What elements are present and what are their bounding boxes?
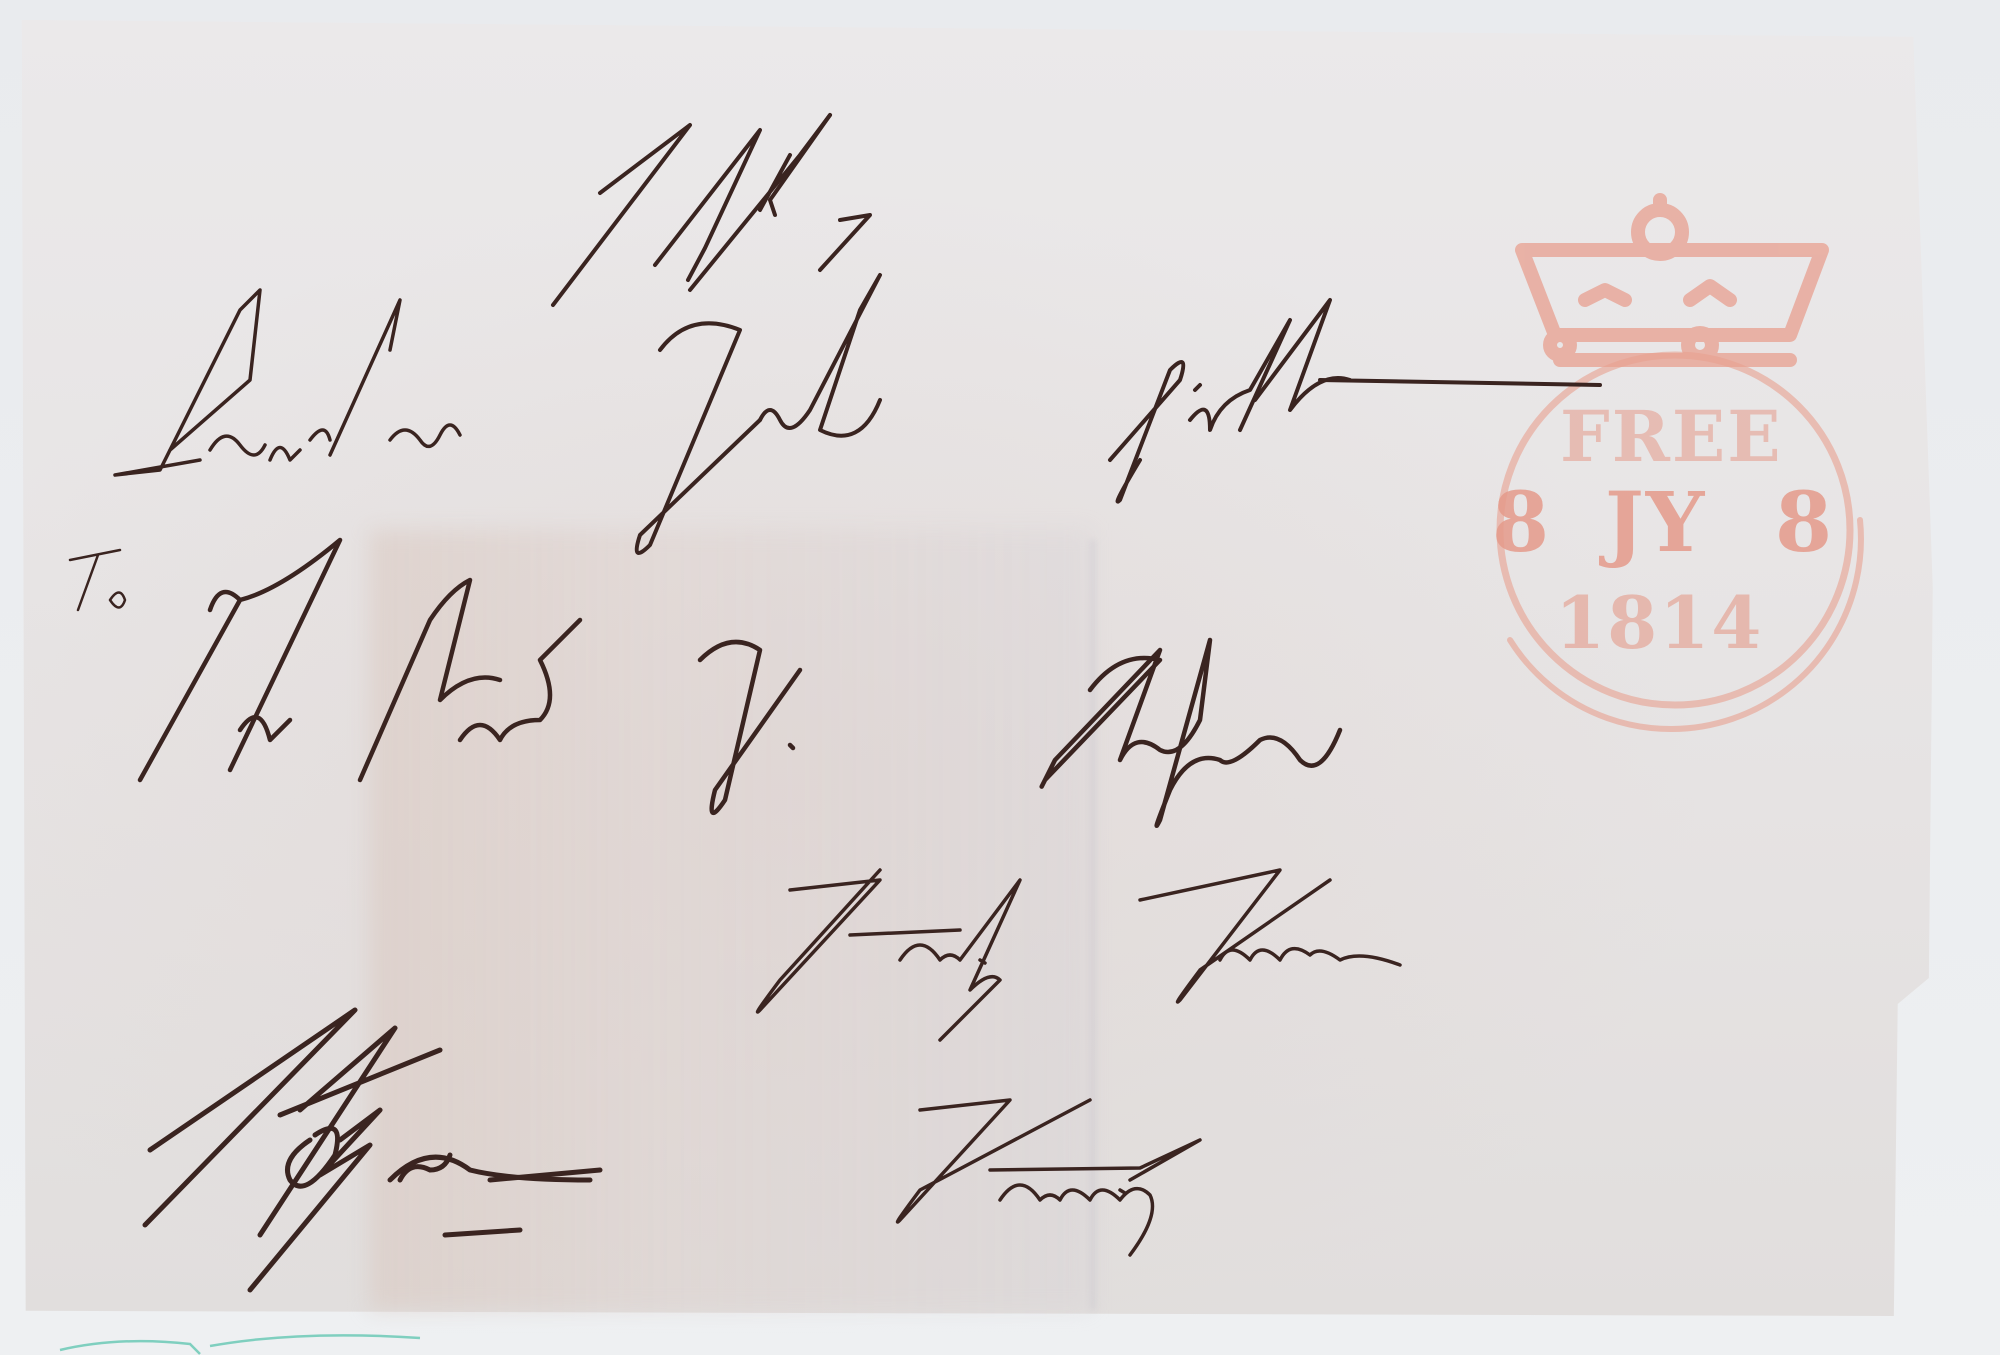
handwriting: [0, 0, 2000, 1355]
word-eighth: [1110, 300, 1600, 502]
word-july: [637, 275, 880, 553]
pencil-scribble: [40, 1330, 440, 1355]
address-line-1: [758, 870, 1401, 1040]
word-to: [70, 550, 125, 610]
word-london: [115, 290, 460, 475]
addressee-line: [140, 540, 1340, 826]
signature-byron: [145, 1010, 600, 1290]
year-mark-1814: [553, 115, 870, 305]
address-line-2: [898, 1100, 1201, 1255]
